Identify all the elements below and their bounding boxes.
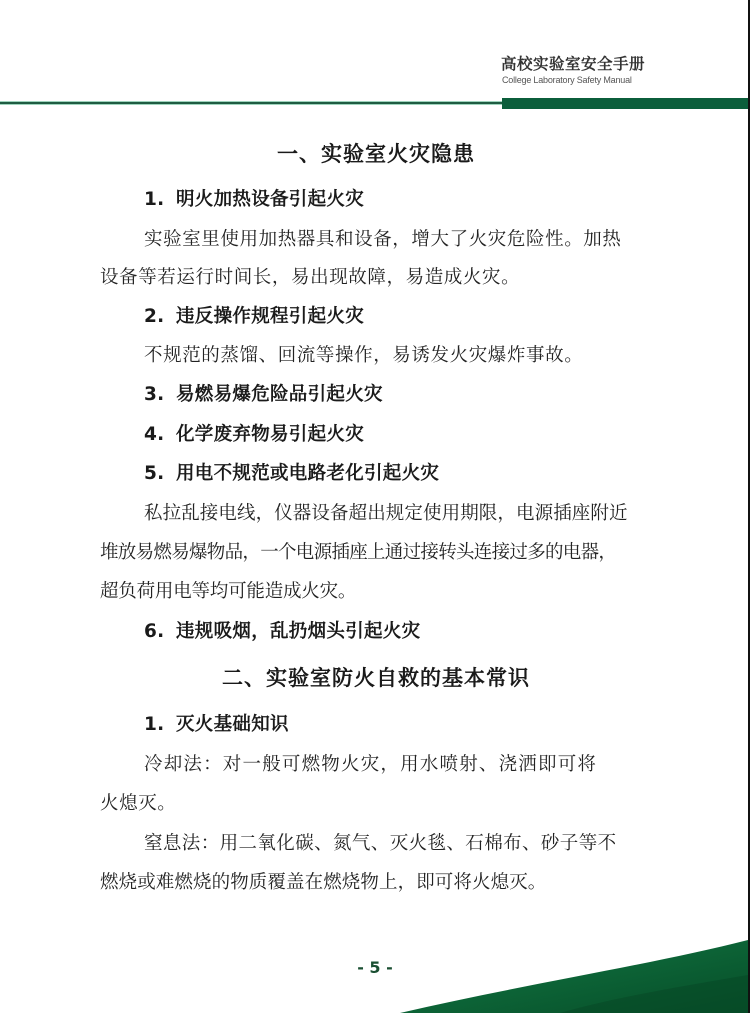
item-title: 明火加热设备引起火灾 — [176, 189, 364, 210]
section-1-item-2-text-line-1: 不规范的蒸馏、回流等操作，易诱发火灾爆炸事故。 — [144, 341, 700, 367]
item-title: 易燃易爆危险品引起火灾 — [176, 384, 383, 405]
manual-subtitle: College Laboratory Safety Manual — [502, 75, 632, 85]
page-number: - 5 - — [0, 958, 750, 977]
item-title: 化学废弃物易引起火灾 — [176, 424, 364, 445]
section-2-cooling-method-line-1: 冷却法：对一般可燃物火灾，用水喷射、浇洒即可将 — [144, 750, 700, 776]
header-rule-thick — [502, 98, 748, 109]
item-title: 用电不规范或电路老化引起火灾 — [176, 463, 439, 484]
item-title: 灭火基础知识 — [176, 714, 289, 735]
item-title: 违规吸烟，乱扔烟头引起火灾 — [176, 621, 420, 642]
section-1-item-6-heading: 6.违规吸烟，乱扔烟头引起火灾 — [144, 617, 420, 643]
section-2-smothering-method-line-2: 燃烧或难燃烧的物质覆盖在燃烧物上，即可将火熄灭。 — [100, 868, 656, 894]
item-number: 1. — [144, 189, 176, 210]
section-1-title: 一、实验室火灾隐患 — [100, 138, 652, 168]
section-2-item-1-heading: 1.灭火基础知识 — [144, 710, 289, 736]
section-1-item-1-text-line-1: 实验室里使用加热器具和设备，增大了火灾危险性。加热 — [144, 225, 700, 251]
section-1-item-4-heading: 4.化学废弃物易引起火灾 — [144, 420, 364, 446]
section-1-item-5-text-line-3: 超负荷用电等均可能造成火灾。 — [100, 577, 656, 603]
item-number: 3. — [144, 384, 176, 405]
section-1-item-3-heading: 3.易燃易爆危险品引起火灾 — [144, 380, 383, 406]
item-number: 1. — [144, 714, 176, 735]
header-rule-thin — [0, 101, 502, 105]
section-1-item-5-text-line-1: 私拉乱接电线，仪器设备超出规定使用期限，电源插座附近 — [144, 499, 700, 525]
section-1-item-1-text-line-2: 设备等若运行时间长，易出现故障，易造成火灾。 — [100, 263, 656, 289]
item-number: 6. — [144, 621, 176, 642]
manual-title: 高校实验室安全手册 — [501, 52, 645, 74]
item-number: 4. — [144, 424, 176, 445]
section-2-title: 二、实验室防火自救的基本常识 — [100, 662, 652, 692]
section-1-item-5-text-line-2: 堆放易燃易爆物品，一个电源插座上通过接转头连接过多的电器， — [100, 538, 656, 564]
section-2-cooling-method-line-2: 火熄灭。 — [100, 789, 656, 815]
item-number: 2. — [144, 306, 176, 327]
section-2-smothering-method-line-1: 窒息法：用二氧化碳、氮气、灭火毯、石棉布、砂子等不 — [144, 829, 700, 855]
section-1-item-2-heading: 2.违反操作规程引起火灾 — [144, 302, 364, 328]
item-number: 5. — [144, 463, 176, 484]
section-1-item-5-heading: 5.用电不规范或电路老化引起火灾 — [144, 459, 439, 485]
section-1-item-1-heading: 1.明火加热设备引起火灾 — [144, 185, 364, 211]
item-title: 违反操作规程引起火灾 — [176, 306, 364, 327]
